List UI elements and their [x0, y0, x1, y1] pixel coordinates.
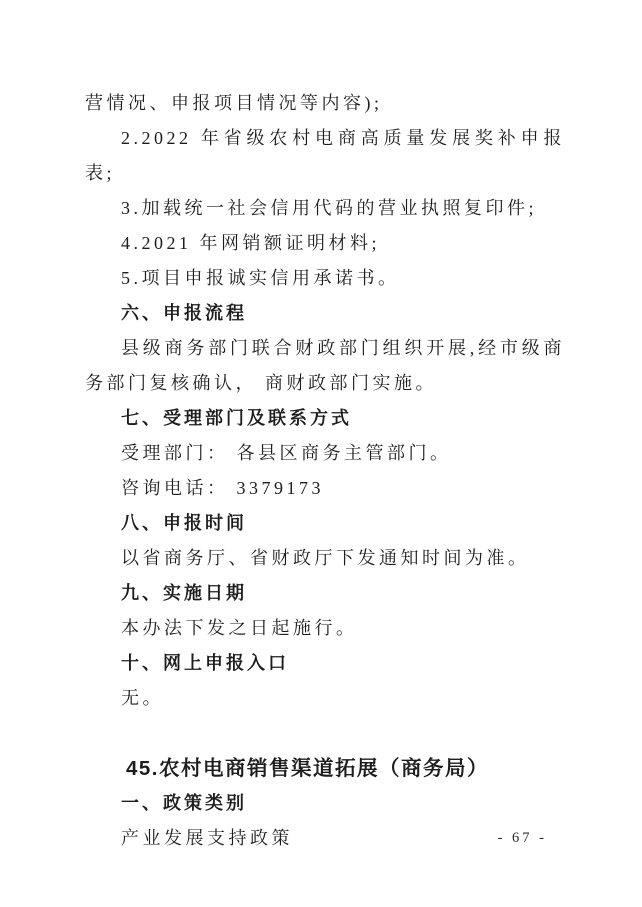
section-heading: 十、网上申报入口 [85, 646, 565, 681]
page-footer: - 67 - [498, 830, 547, 847]
paragraph: 以省商务厅、省财政厅下发通知时间为准。 [85, 541, 565, 576]
paragraph: 本办法下发之日起施行。 [85, 611, 565, 646]
section-heading: 六、申报流程 [85, 296, 565, 331]
paragraph: 4.2021 年网销额证明材料; [85, 226, 565, 261]
page-number: - 67 - [498, 830, 547, 846]
section-heading: 一、政策类别 [85, 786, 565, 821]
paragraph: 无。 [85, 681, 565, 716]
paragraph: 营情况、申报项目情况等内容); [85, 86, 565, 121]
document-body: 营情况、申报项目情况等内容);2.2022 年省级农村电商高质量发展奖补申报表;… [85, 86, 565, 856]
paragraph: 5.项目申报诚实信用承诺书。 [85, 261, 565, 296]
paragraph: 咨询电话： 3379173 [85, 471, 565, 506]
document-page: 营情况、申报项目情况等内容);2.2022 年省级农村电商高质量发展奖补申报表;… [0, 0, 642, 907]
section-heading: 九、实施日期 [85, 576, 565, 611]
paragraph: 县级商务部门联合财政部门组织开展,经市级商务部门复核确认， 商财政部门实施。 [85, 331, 565, 401]
blank-line [85, 716, 565, 751]
section-heading: 八、申报时间 [85, 506, 565, 541]
section-heading: 七、受理部门及联系方式 [85, 401, 565, 436]
paragraph: 2.2022 年省级农村电商高质量发展奖补申报表; [85, 121, 565, 191]
paragraph: 受理部门： 各县区商务主管部门。 [85, 436, 565, 471]
section-title: 45.农村电商销售渠道拓展（商务局） [85, 751, 565, 786]
paragraph: 产业发展支持政策 [85, 821, 565, 856]
paragraph: 3.加载统一社会信用代码的营业执照复印件; [85, 191, 565, 226]
